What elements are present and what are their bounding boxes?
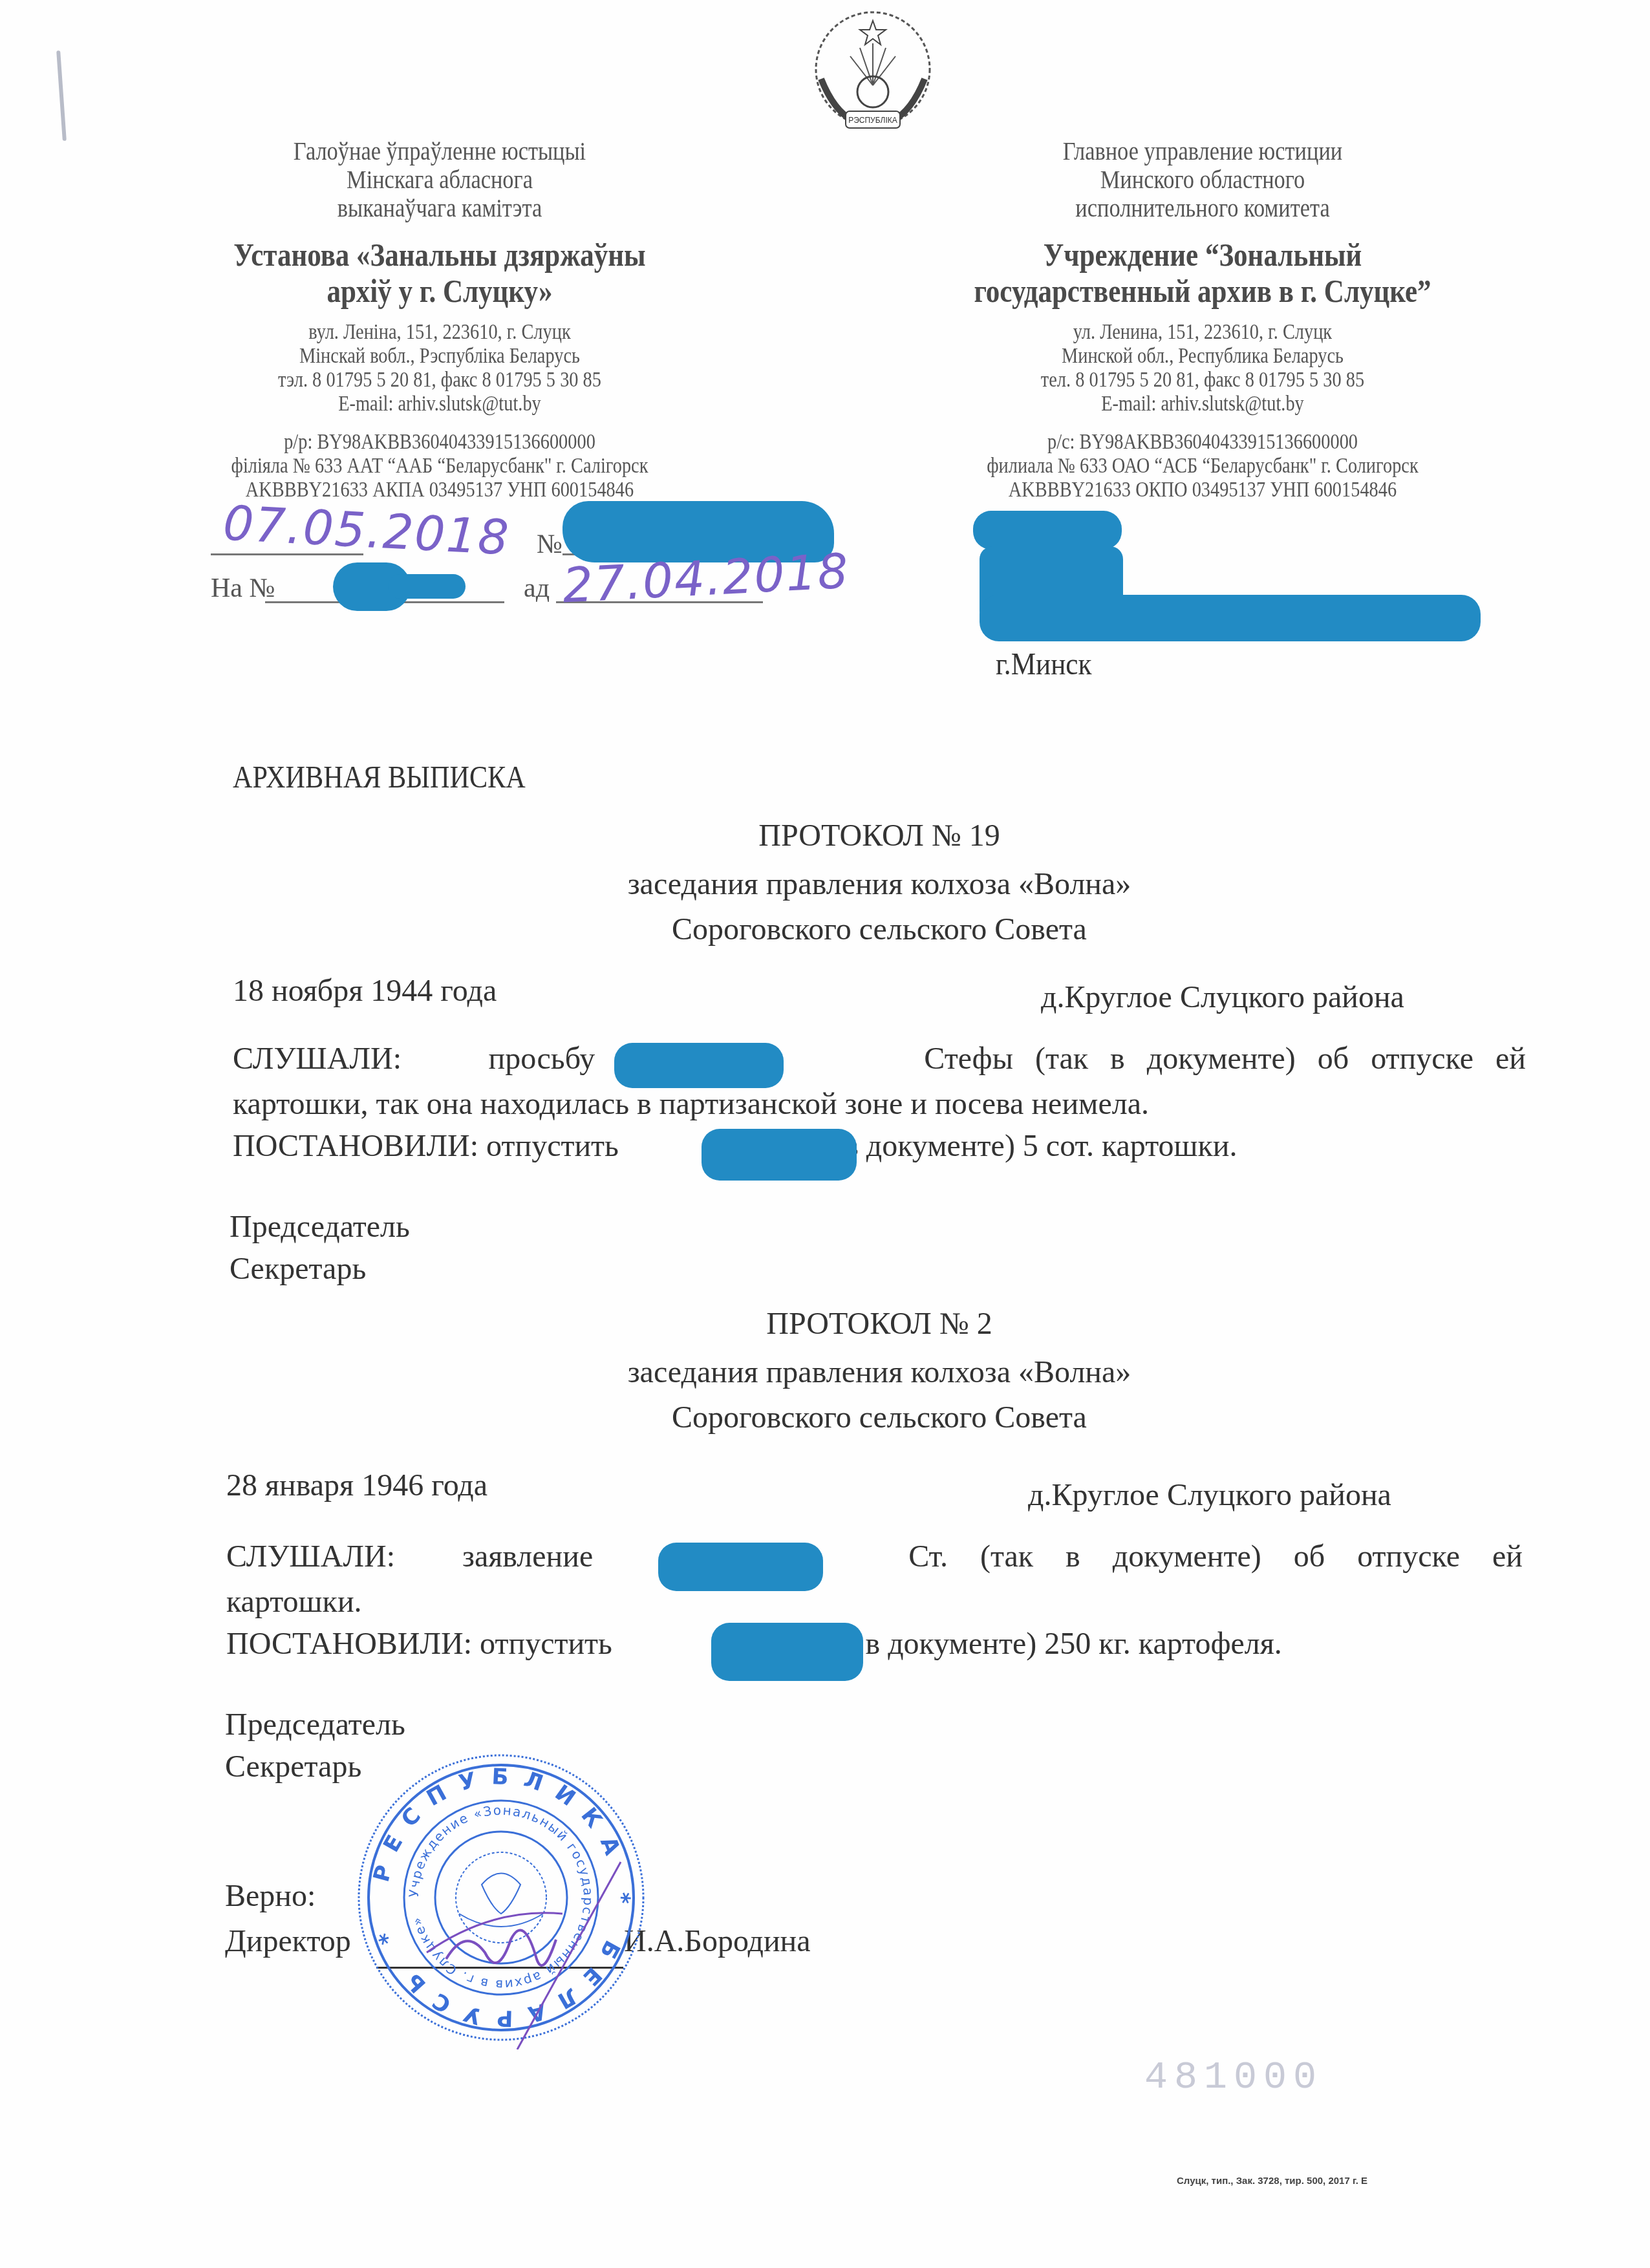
director-label: Директор <box>225 1923 351 1960</box>
resolved-word: отпустить <box>486 1129 619 1163</box>
chairman-label: Председатель <box>230 1209 410 1245</box>
heard-line: СЛУШАЛИ: заявление Ст. (так в документе)… <box>226 1539 1523 1575</box>
org-line: выканаўчага камітэта <box>217 194 662 222</box>
bank-line: філіяла № 633 ААТ “ААБ “Беларусбанк" г. … <box>217 455 662 478</box>
org-line: Мінскага абласнога <box>217 166 662 194</box>
address-line: Минской обл., Республика Беларусь <box>958 345 1448 369</box>
bank-line: AKBBBY21633 ОКПО 03495137 УНП 600154846 <box>958 478 1448 502</box>
official-stamp: РЕСПУБЛИКА * БЕЛАРУСЬ * Учреждение «Зона… <box>349 1746 653 2049</box>
redaction-block <box>973 511 1122 550</box>
resolved-label: ПОСТАНОВИЛИ: <box>226 1627 472 1661</box>
email-line: E-mail: arhiv.slutsk@tut.by <box>217 392 662 416</box>
bank-line: р/р: BY98AKBB36040433915136600000 <box>217 431 662 455</box>
protocol-date: 18 ноября 1944 года <box>233 973 497 1009</box>
header-right: Главное управление юстиции Минского обла… <box>918 137 1487 502</box>
redaction-block <box>388 574 466 599</box>
heard-continuation: картошки, так она находилась в партизанс… <box>233 1086 1149 1122</box>
heard-word: просьбу <box>489 1041 595 1077</box>
heard-label: СЛУШАЛИ: <box>226 1539 395 1575</box>
certified-label: Верно: <box>225 1878 316 1914</box>
email-line: E-mail: arhiv.slutsk@tut.by <box>958 392 1448 416</box>
address-line: ул. Ленина, 151, 223610, г. Слуцк <box>958 321 1448 345</box>
redaction-block <box>980 595 1481 641</box>
outgoing-date-handwritten: 07.05.2018 <box>222 495 511 566</box>
faint-serial-number: 481000 <box>1144 2056 1323 2100</box>
protocol-place: д.Круглое Слуцкого района <box>1028 1477 1391 1514</box>
staple-mark <box>56 50 67 141</box>
bank-line: р/с: BY98AKBB36040433915136600000 <box>958 431 1448 455</box>
addressee-city: г.Минск <box>996 647 1091 683</box>
heard-line: СЛУШАЛИ: просьбу Стефы (так в документе)… <box>233 1041 1526 1077</box>
belarus-coat-of-arms-icon: РЭСПУБЛІКА <box>808 8 937 137</box>
secretary-label: Секретарь <box>225 1749 361 1785</box>
print-info-footer: Слуцк, тип., Зак. 3728, тир. 500, 2017 г… <box>1177 2176 1367 2187</box>
protocol-place: д.Круглое Слуцкого района <box>1041 979 1404 1016</box>
heard-label: СЛУШАЛИ: <box>233 1041 402 1077</box>
redaction-block <box>711 1623 863 1681</box>
svg-text:РЭСПУБЛІКА: РЭСПУБЛІКА <box>848 116 897 125</box>
resolved-label: ПОСТАНОВИЛИ: <box>233 1129 478 1163</box>
institution-line: архіў у г. Слуцку» <box>217 273 662 309</box>
heard-word: заявление <box>462 1539 593 1575</box>
secretary-label: Секретарь <box>230 1251 366 1287</box>
redaction-block <box>658 1543 823 1591</box>
on-number-label: На № <box>211 574 275 603</box>
protocol-heading: ПРОТОКОЛ № 19 <box>194 818 1565 854</box>
address-line: Мінскай вобл., Рэспубліка Беларусь <box>217 345 662 369</box>
protocol-date: 28 января 1946 года <box>226 1468 487 1504</box>
resolved-word: отпустить <box>480 1627 612 1661</box>
protocol-subtitle: заседания правления колхоза «Волна» <box>194 866 1565 903</box>
heard-continuation: картошки. <box>226 1584 362 1620</box>
protocol-heading: ПРОТОКОЛ № 2 <box>194 1306 1565 1342</box>
date-underline <box>211 553 363 555</box>
redaction-block <box>702 1129 857 1181</box>
header-left: Галоўнае ўпраўленне юстыцыі Мінскага абл… <box>181 137 698 502</box>
org-line: Минского областного <box>958 166 1448 194</box>
heard-rest: Стефы (так в документе) об отпуске ей <box>924 1041 1526 1077</box>
org-line: Главное управление юстиции <box>958 137 1448 166</box>
chairman-label: Председатель <box>225 1707 405 1743</box>
address-line: тэл. 8 01795 5 20 81, факс 8 01795 5 30 … <box>217 369 662 392</box>
heard-rest: Ст. (так в документе) об отпуске ей <box>908 1539 1523 1575</box>
protocol-subtitle: Сороговского сельского Совета <box>194 912 1565 948</box>
org-line: исполнительного комитета <box>958 194 1448 222</box>
bank-line: филиала № 633 ОАО “АСБ “Беларусбанк" г. … <box>958 455 1448 478</box>
address-line: тел. 8 01795 5 20 81, факс 8 01795 5 30 … <box>958 369 1448 392</box>
document-title: АРХИВНАЯ ВЫПИСКА <box>233 760 526 796</box>
redaction-block <box>614 1043 784 1088</box>
org-line: Галоўнае ўпраўленне юстыцыі <box>217 137 662 166</box>
address-line: вул. Леніна, 151, 223610, г. Слуцк <box>217 321 662 345</box>
from-label: ад <box>524 574 550 603</box>
protocol-subtitle: Сороговского сельского Совета <box>194 1400 1565 1436</box>
protocol-subtitle: заседания правления колхоза «Волна» <box>194 1354 1565 1391</box>
institution-line: Учреждение “Зональный <box>958 237 1448 273</box>
number-label: № <box>537 530 562 559</box>
institution-line: государственный архив в г. Слуцке” <box>958 273 1448 309</box>
institution-line: Установа «Занальны дзяржаўны <box>217 237 662 273</box>
